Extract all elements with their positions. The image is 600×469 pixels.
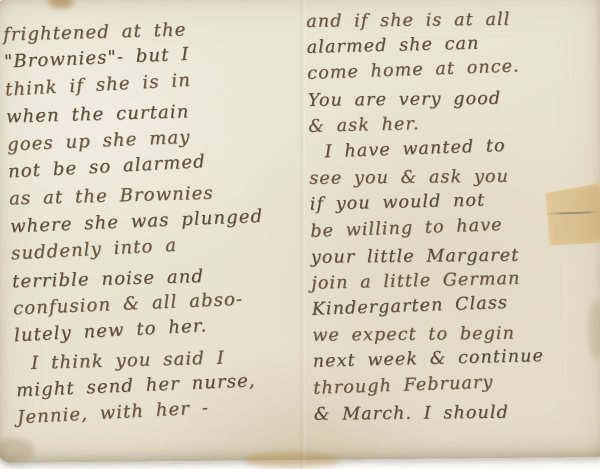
letter-photo: frightened at the "Brownies"- but I thin… <box>0 0 600 469</box>
handwriting-line: & March. I should <box>314 399 600 428</box>
stain-right-edge <box>588 300 600 360</box>
stain-bottom <box>245 452 340 468</box>
left-page-text: frightened at the "Brownies"- but I thin… <box>3 11 314 432</box>
tape-repair <box>543 183 600 250</box>
